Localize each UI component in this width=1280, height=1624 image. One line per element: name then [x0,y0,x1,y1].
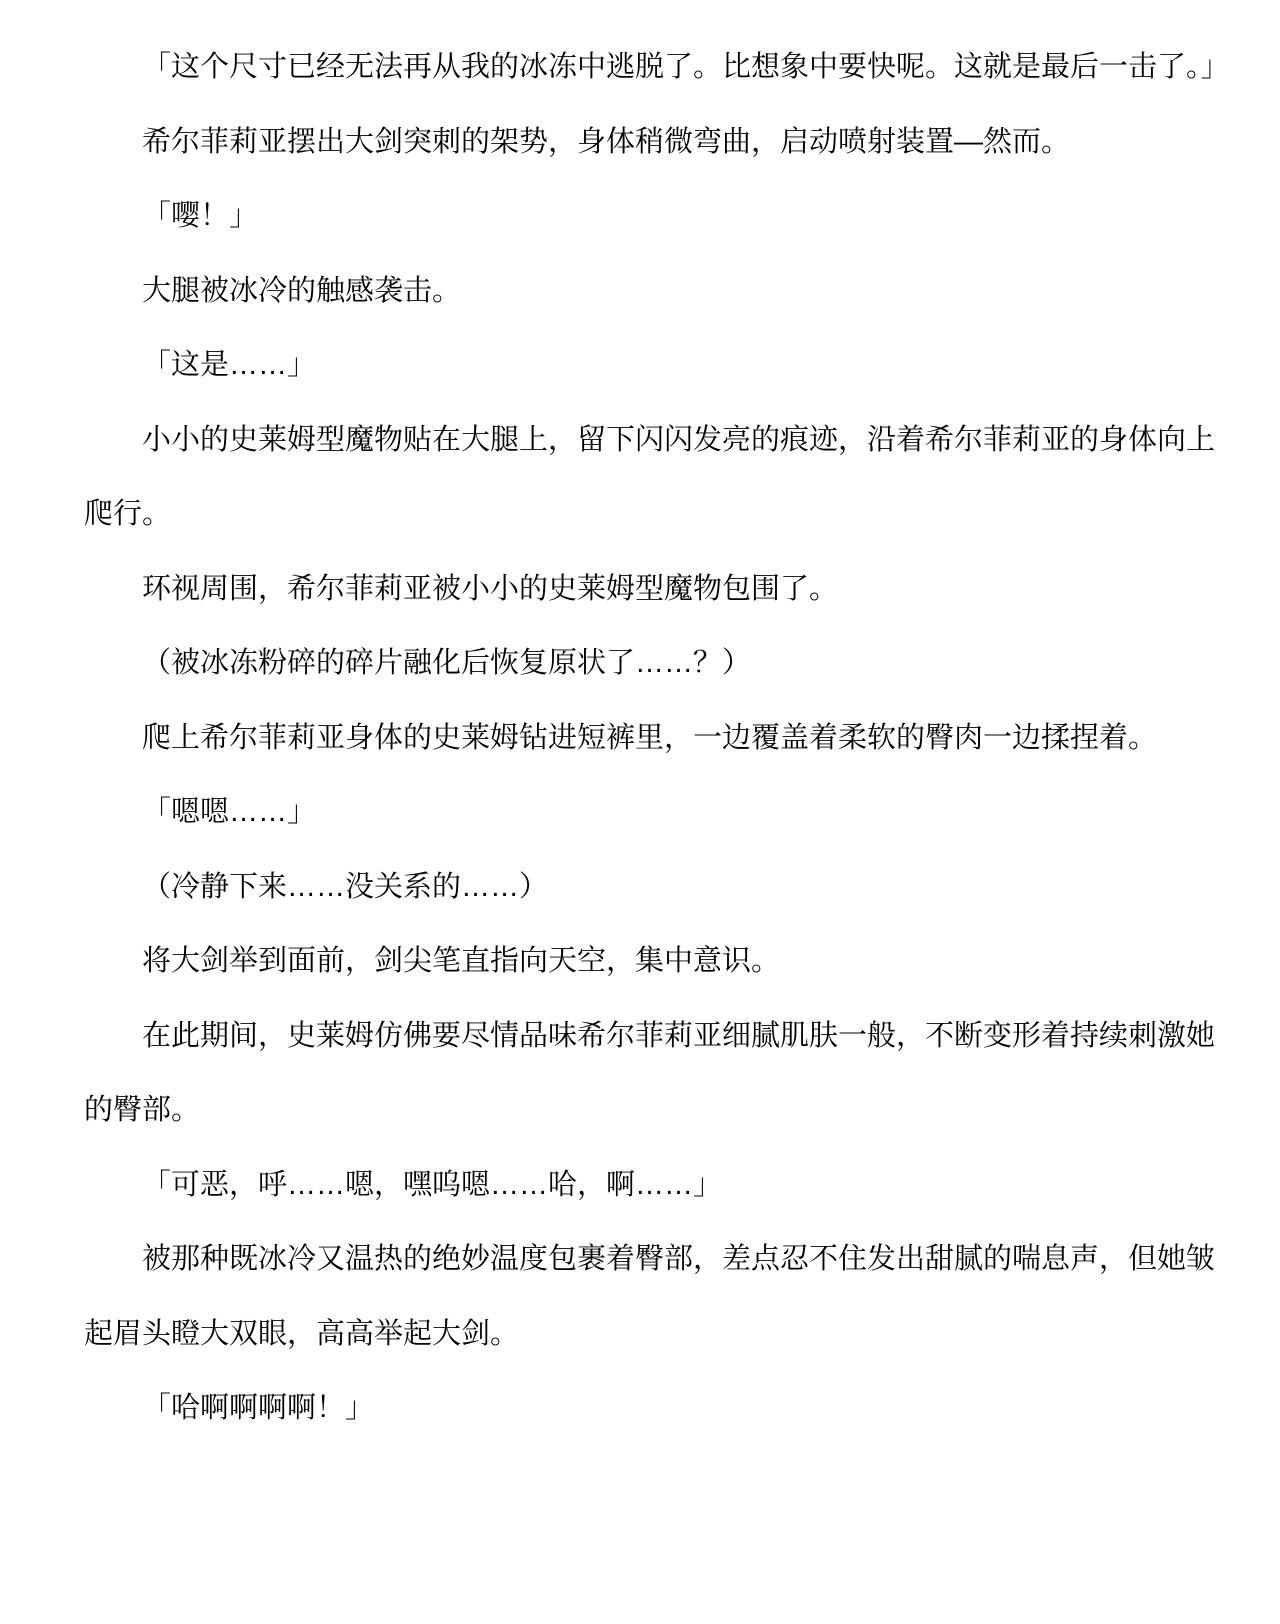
paragraph-line: 被那种既冰冷又温热的绝妙温度包裹着臀部，差点忍不住发出甜腻的喘息声，但她皱 [84,1222,1220,1297]
paragraph-line: 在此期间，史莱姆仿佛要尽情品味希尔菲莉亚细腻肌肤一般，不断变形着持续刺激她 [84,999,1220,1074]
paragraph-line: 环视周围，希尔菲莉亚被小小的史莱姆型魔物包围了。 [84,552,1220,627]
paragraph-continuation-line: 起眉头瞪大双眼，高高举起大剑。 [84,1297,1220,1372]
paragraph-line: 大腿被冰冷的触感袭击。 [84,254,1220,329]
paragraph-line: （冷静下来……没关系的……） [84,850,1220,925]
paragraph-line: 「嘤！」 [84,179,1220,254]
paragraph-line: 爬上希尔菲莉亚身体的史莱姆钻进短裤里，一边覆盖着柔软的臀肉一边揉捏着。 [84,701,1220,776]
paragraph-continuation-line: 的臀部。 [84,1073,1220,1148]
paragraph-line: 「哈啊啊啊啊！」 [84,1371,1220,1446]
paragraph-line: 「这个尺寸已经无法再从我的冰冻中逃脱了。比想象中要快呢。这就是最后一击了。」 [84,30,1220,105]
paragraph-line: 希尔菲莉亚摆出大剑突刺的架势，身体稍微弯曲，启动喷射装置—然而。 [84,105,1220,180]
paragraph-line: 「嗯嗯……」 [84,775,1220,850]
paragraph-line: 将大剑举到面前，剑尖笔直指向天空，集中意识。 [84,924,1220,999]
paragraph-line: 「这是……」 [84,328,1220,403]
paragraph-continuation-line: 爬行。 [84,477,1220,552]
paragraph-line: （被冰冻粉碎的碎片融化后恢复原状了……？） [84,626,1220,701]
paragraph-line: 小小的史莱姆型魔物贴在大腿上，留下闪闪发亮的痕迹，沿着希尔菲莉亚的身体向上 [84,403,1220,478]
document-page: 「这个尺寸已经无法再从我的冰冻中逃脱了。比想象中要快呢。这就是最后一击了。」 希… [0,0,1280,1624]
paragraph-line: 「可恶，呼……嗯，嘿呜嗯……哈，啊……」 [84,1148,1220,1223]
